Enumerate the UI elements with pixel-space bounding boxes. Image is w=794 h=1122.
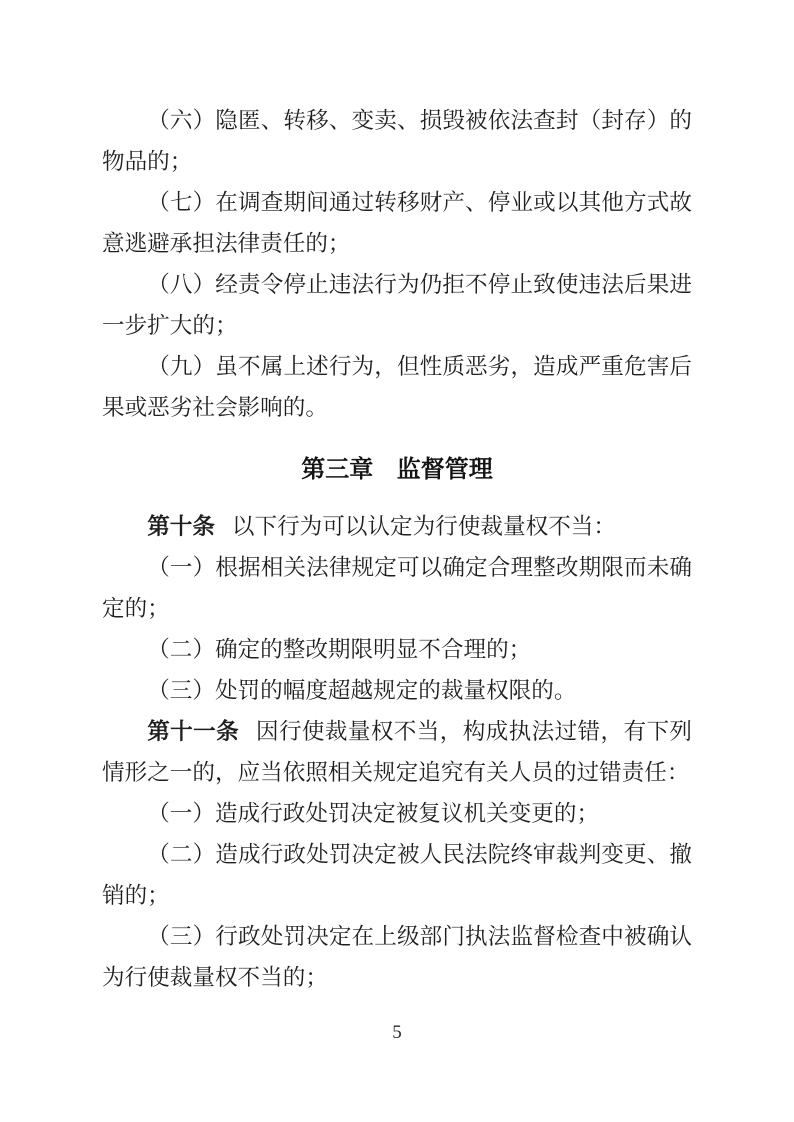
clause-item-1a: （一）根据相关法律规定可以确定合理整改期限而未确定的； xyxy=(102,547,692,629)
clause-item-3a: （三）处罚的幅度超越规定的裁量权限的。 xyxy=(102,670,692,711)
article-11-paragraph: 第十一条因行使裁量权不当，构成执法过错，有下列情形之一的，应当依照相关规定追究有… xyxy=(102,711,692,793)
article-10-term: 第十条 xyxy=(147,514,215,539)
clause-item-2b: （二）造成行政处罚决定被人民法院终审裁判变更、撤销的； xyxy=(102,834,692,916)
article-10-text: 以下行为可以认定为行使裁量权不当： xyxy=(232,514,616,539)
article-11-term: 第十一条 xyxy=(147,719,239,744)
clause-item-3b: （三）行政处罚决定在上级部门执法监督检查中被确认为行使裁量权不当的； xyxy=(102,916,692,998)
clause-item-7: （七）在调查期间通过转移财产、停业或以其他方式故意逃避承担法律责任的； xyxy=(102,182,692,264)
page-number: 5 xyxy=(392,1022,402,1043)
clause-item-9: （九）虽不属上述行为，但性质恶劣，造成严重危害后果或恶劣社会影响的。 xyxy=(102,346,692,428)
clause-item-2a: （二）确定的整改期限明显不合理的； xyxy=(102,629,692,670)
chapter-heading: 第三章 监督管理 xyxy=(102,450,692,490)
clause-item-1b: （一）造成行政处罚决定被复议机关变更的； xyxy=(102,793,692,834)
page-footer: 5 xyxy=(0,1020,794,1046)
chapter-title: 监督管理 xyxy=(397,456,493,483)
document-page: （六）隐匿、转移、变卖、损毁被依法查封（封存）的物品的； （七）在调查期间通过转… xyxy=(0,0,794,1122)
clause-item-6: （六）隐匿、转移、变卖、损毁被依法查封（封存）的物品的； xyxy=(102,100,692,182)
clause-item-8: （八）经责令停止违法行为仍拒不停止致使违法后果进一步扩大的； xyxy=(102,264,692,346)
article-10-paragraph: 第十条以下行为可以认定为行使裁量权不当： xyxy=(102,506,692,547)
document-body: （六）隐匿、转移、变卖、损毁被依法查封（封存）的物品的； （七）在调查期间通过转… xyxy=(102,100,692,998)
chapter-number: 第三章 xyxy=(301,456,373,483)
